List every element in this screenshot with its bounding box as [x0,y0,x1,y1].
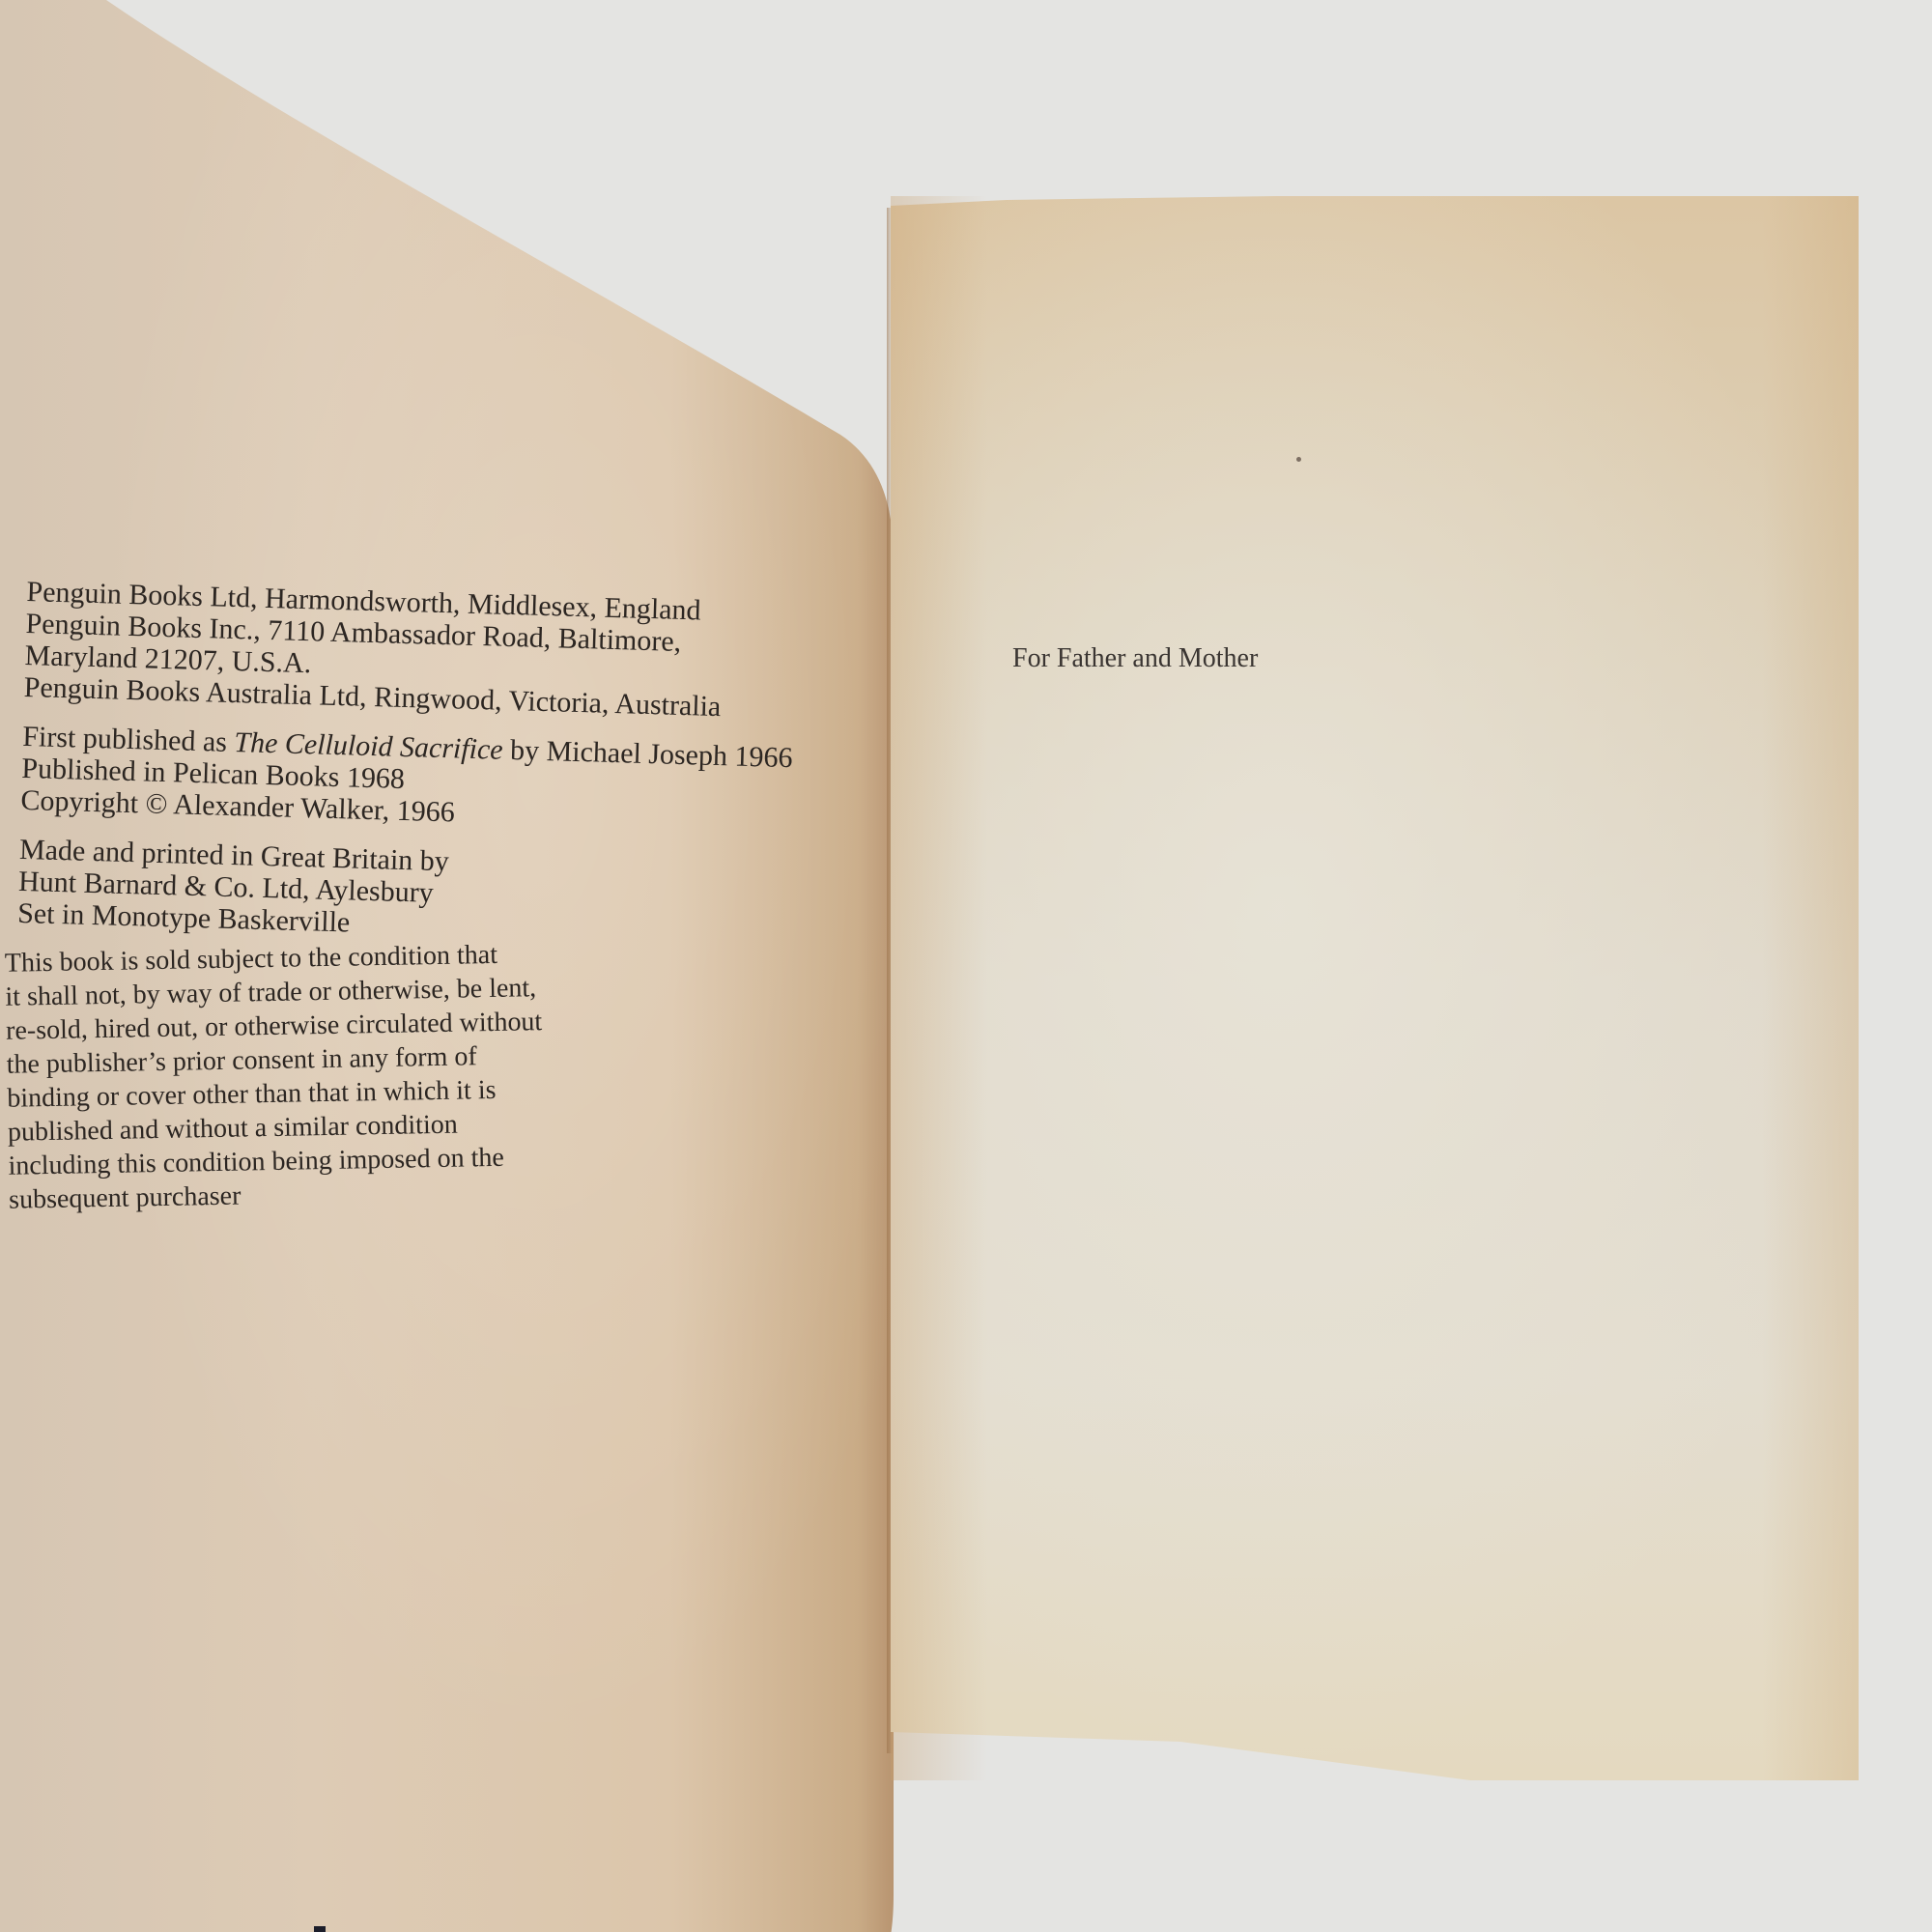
copyright-imprint: Penguin Books Ltd, Harmondsworth, Middle… [9,576,819,1257]
right-page-dedication [891,196,1859,1780]
book-photo: Penguin Books Ltd, Harmondsworth, Middle… [0,0,1932,1932]
publication-history: First published as The Celluloid Sacrifi… [20,721,814,838]
paper-speck [1296,457,1301,462]
publisher-addresses: Penguin Books Ltd, Harmondsworth, Middle… [23,576,818,725]
book-cover-corner [314,1926,326,1932]
dedication-text: For Father and Mother [1012,643,1258,674]
sale-condition-notice: This book is sold subject to the conditi… [5,932,802,1216]
